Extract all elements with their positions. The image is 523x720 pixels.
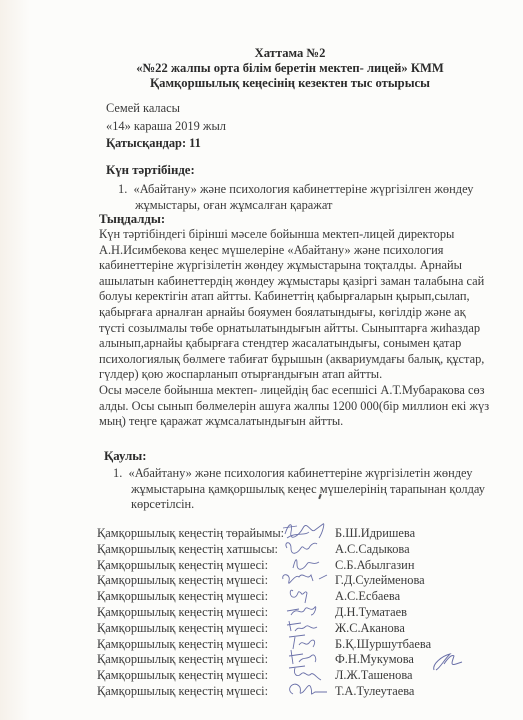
signatory-name: Г.Д.Сулейменова bbox=[335, 573, 425, 589]
signatory-role: Қамқоршылық кеңестің мүшесі: bbox=[97, 558, 268, 574]
organization-name: «№22 жалпы орта білім беретін мектеп- ли… bbox=[100, 61, 480, 76]
signatory-name: Б.Қ.Шуршутбаева bbox=[335, 637, 431, 653]
heard-heading: Тыңдалды: bbox=[99, 212, 165, 228]
signatory-role: Қамқоршылық кеңестің мүшесі: bbox=[97, 652, 268, 668]
handwritten-initials-icon bbox=[430, 650, 466, 674]
signatory-name: С.Б.Абылгазин bbox=[335, 558, 414, 574]
decision-item-text: «Абайтану» және психология кабинеттеріне… bbox=[129, 466, 485, 511]
handwritten-signature-icon bbox=[279, 678, 329, 700]
signatory-name: Ф.Н.Мукумова bbox=[335, 652, 414, 668]
decision-heading: Қаулы: bbox=[104, 449, 147, 465]
heard-body: Күн тәртібіндегі бірінші мәселе бойынша … bbox=[99, 227, 494, 430]
city: Семей каласы bbox=[106, 100, 226, 118]
signatory-name: А.С.Есбаева bbox=[335, 589, 400, 605]
scan-edge-shadow bbox=[0, 0, 30, 720]
signatory-role: Қамқоршылық кеңестің мүшесі: bbox=[97, 573, 268, 589]
signatory-role: Қамқоршылық кеңестің төрайымы: bbox=[97, 526, 284, 542]
decision-item-number: 1. bbox=[113, 466, 122, 480]
signatory-name: Т.А.Тулеутаева bbox=[335, 684, 414, 700]
signatory-name: А.С.Садыкова bbox=[335, 542, 410, 558]
document-header: Хаттама №2 «№22 жалпы орта білім беретін… bbox=[100, 46, 480, 91]
decision-item: 1. «Абайтану» және психология кабинеттер… bbox=[113, 466, 493, 513]
signature-row: Қамқоршылық кеңестің мүшесі: Т.А.Тулеута… bbox=[97, 684, 507, 700]
signatory-role: Қамқоршылық кеңестің мүшесі: bbox=[97, 605, 268, 621]
signatory-name: Б.Ш.Идришева bbox=[335, 526, 415, 542]
agenda-item-number: 1. bbox=[118, 182, 127, 196]
heard-paragraph: Күн тәртібіндегі бірінші мәселе бойынша … bbox=[99, 227, 494, 383]
signatory-role: Қамқоршылық кеңестің хатшысы: bbox=[97, 542, 278, 558]
scanned-document-page: Хаттама №2 «№22 жалпы орта білім беретін… bbox=[0, 0, 523, 720]
meeting-date: «14» караша 2019 жыл bbox=[106, 118, 226, 136]
meeting-meta: Семей каласы «14» караша 2019 жыл Қатысқ… bbox=[106, 100, 226, 153]
agenda-item: 1. «Абайтану» және психология кабинеттер… bbox=[118, 182, 488, 213]
heard-paragraph: Осы мәселе бойынша мектеп- лицейдің бас … bbox=[99, 383, 494, 430]
signatory-name: Л.Ж.Ташенова bbox=[335, 668, 413, 684]
signatory-role: Қамқоршылық кеңестің мүшесі: bbox=[97, 621, 268, 637]
signatory-role: Қамқоршылық кеңестің мүшесі: bbox=[97, 589, 268, 605]
signatory-name: Ж.С.Аканова bbox=[335, 621, 405, 637]
agenda-heading: Күн тәртібінде: bbox=[106, 163, 195, 179]
agenda-item-text: «Абайтану» және психология кабинеттеріне… bbox=[134, 182, 474, 212]
signatory-name: Д.Н.Туматаев bbox=[335, 605, 407, 621]
attendees-count: Қатысқандар: 11 bbox=[106, 135, 226, 153]
meeting-title: Қамқоршылық кеңесінің кезектен тыс отыры… bbox=[100, 76, 480, 91]
signatory-role: Қамқоршылық кеңестің мүшесі: bbox=[97, 668, 268, 684]
signatory-role: Қамқоршылық кеңестің мүшесі: bbox=[97, 684, 268, 700]
protocol-title: Хаттама №2 bbox=[100, 46, 480, 61]
signatory-role: Қамқоршылық кеңестің мүшесі: bbox=[97, 637, 268, 653]
